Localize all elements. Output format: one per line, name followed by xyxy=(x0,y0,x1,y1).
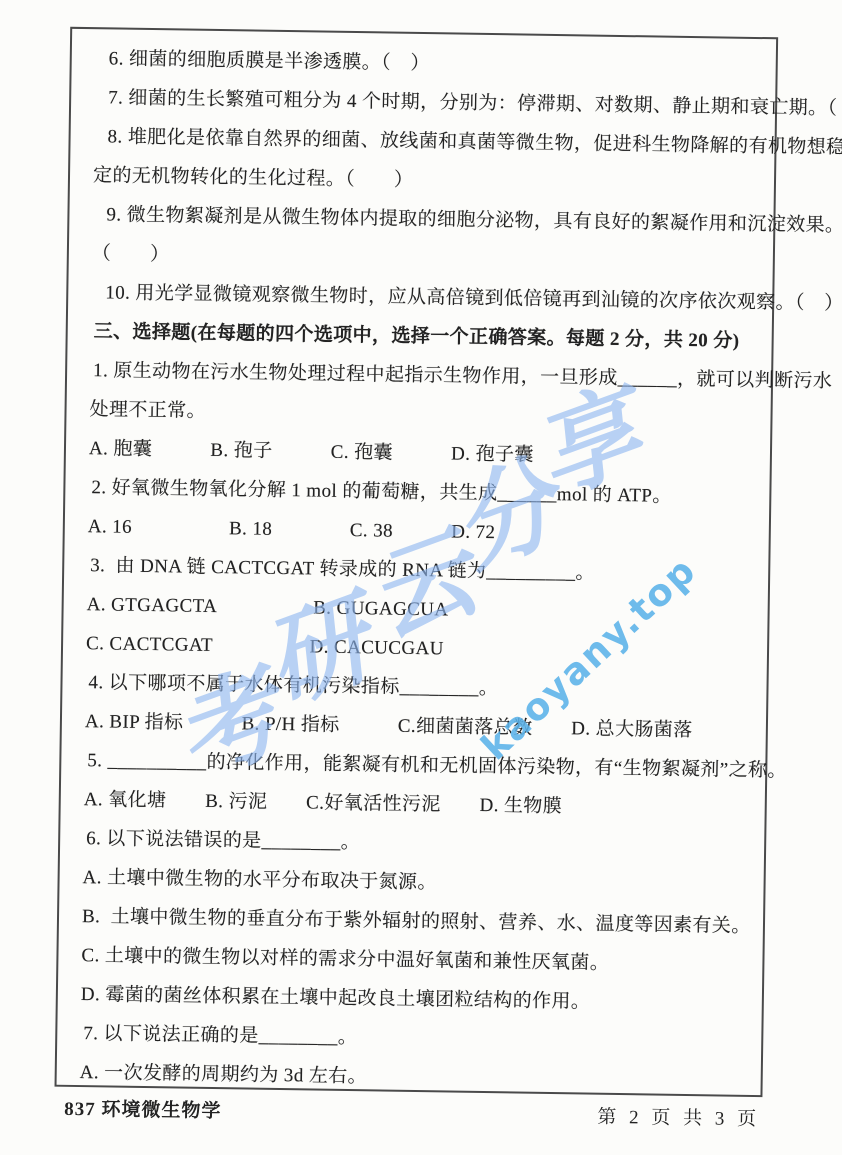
page-skew-wrapper: 6. 细菌的细胞质膜是半渗透膜。（ ）7. 细菌的生长繁殖可粗分为 4 个时期，… xyxy=(54,27,780,1142)
scanned-exam-page: 6. 细菌的细胞质膜是半渗透膜。（ ）7. 细菌的生长繁殖可粗分为 4 个时期，… xyxy=(0,0,842,1155)
footer-course-code: 837 环境微生物学 xyxy=(54,1095,222,1127)
footer-page-number: 第 2 页 共 3 页 xyxy=(597,1103,762,1135)
exam-border-frame: 6. 细菌的细胞质膜是半渗透膜。（ ）7. 细菌的生长繁殖可粗分为 4 个时期，… xyxy=(55,27,779,1097)
exam-body-text: 6. 细菌的细胞质膜是半渗透膜。（ ）7. 细菌的生长繁殖可粗分为 4 个时期，… xyxy=(79,39,772,1102)
page-footer: 837 环境微生物学 第 2 页 共 3 页 xyxy=(54,1095,762,1135)
